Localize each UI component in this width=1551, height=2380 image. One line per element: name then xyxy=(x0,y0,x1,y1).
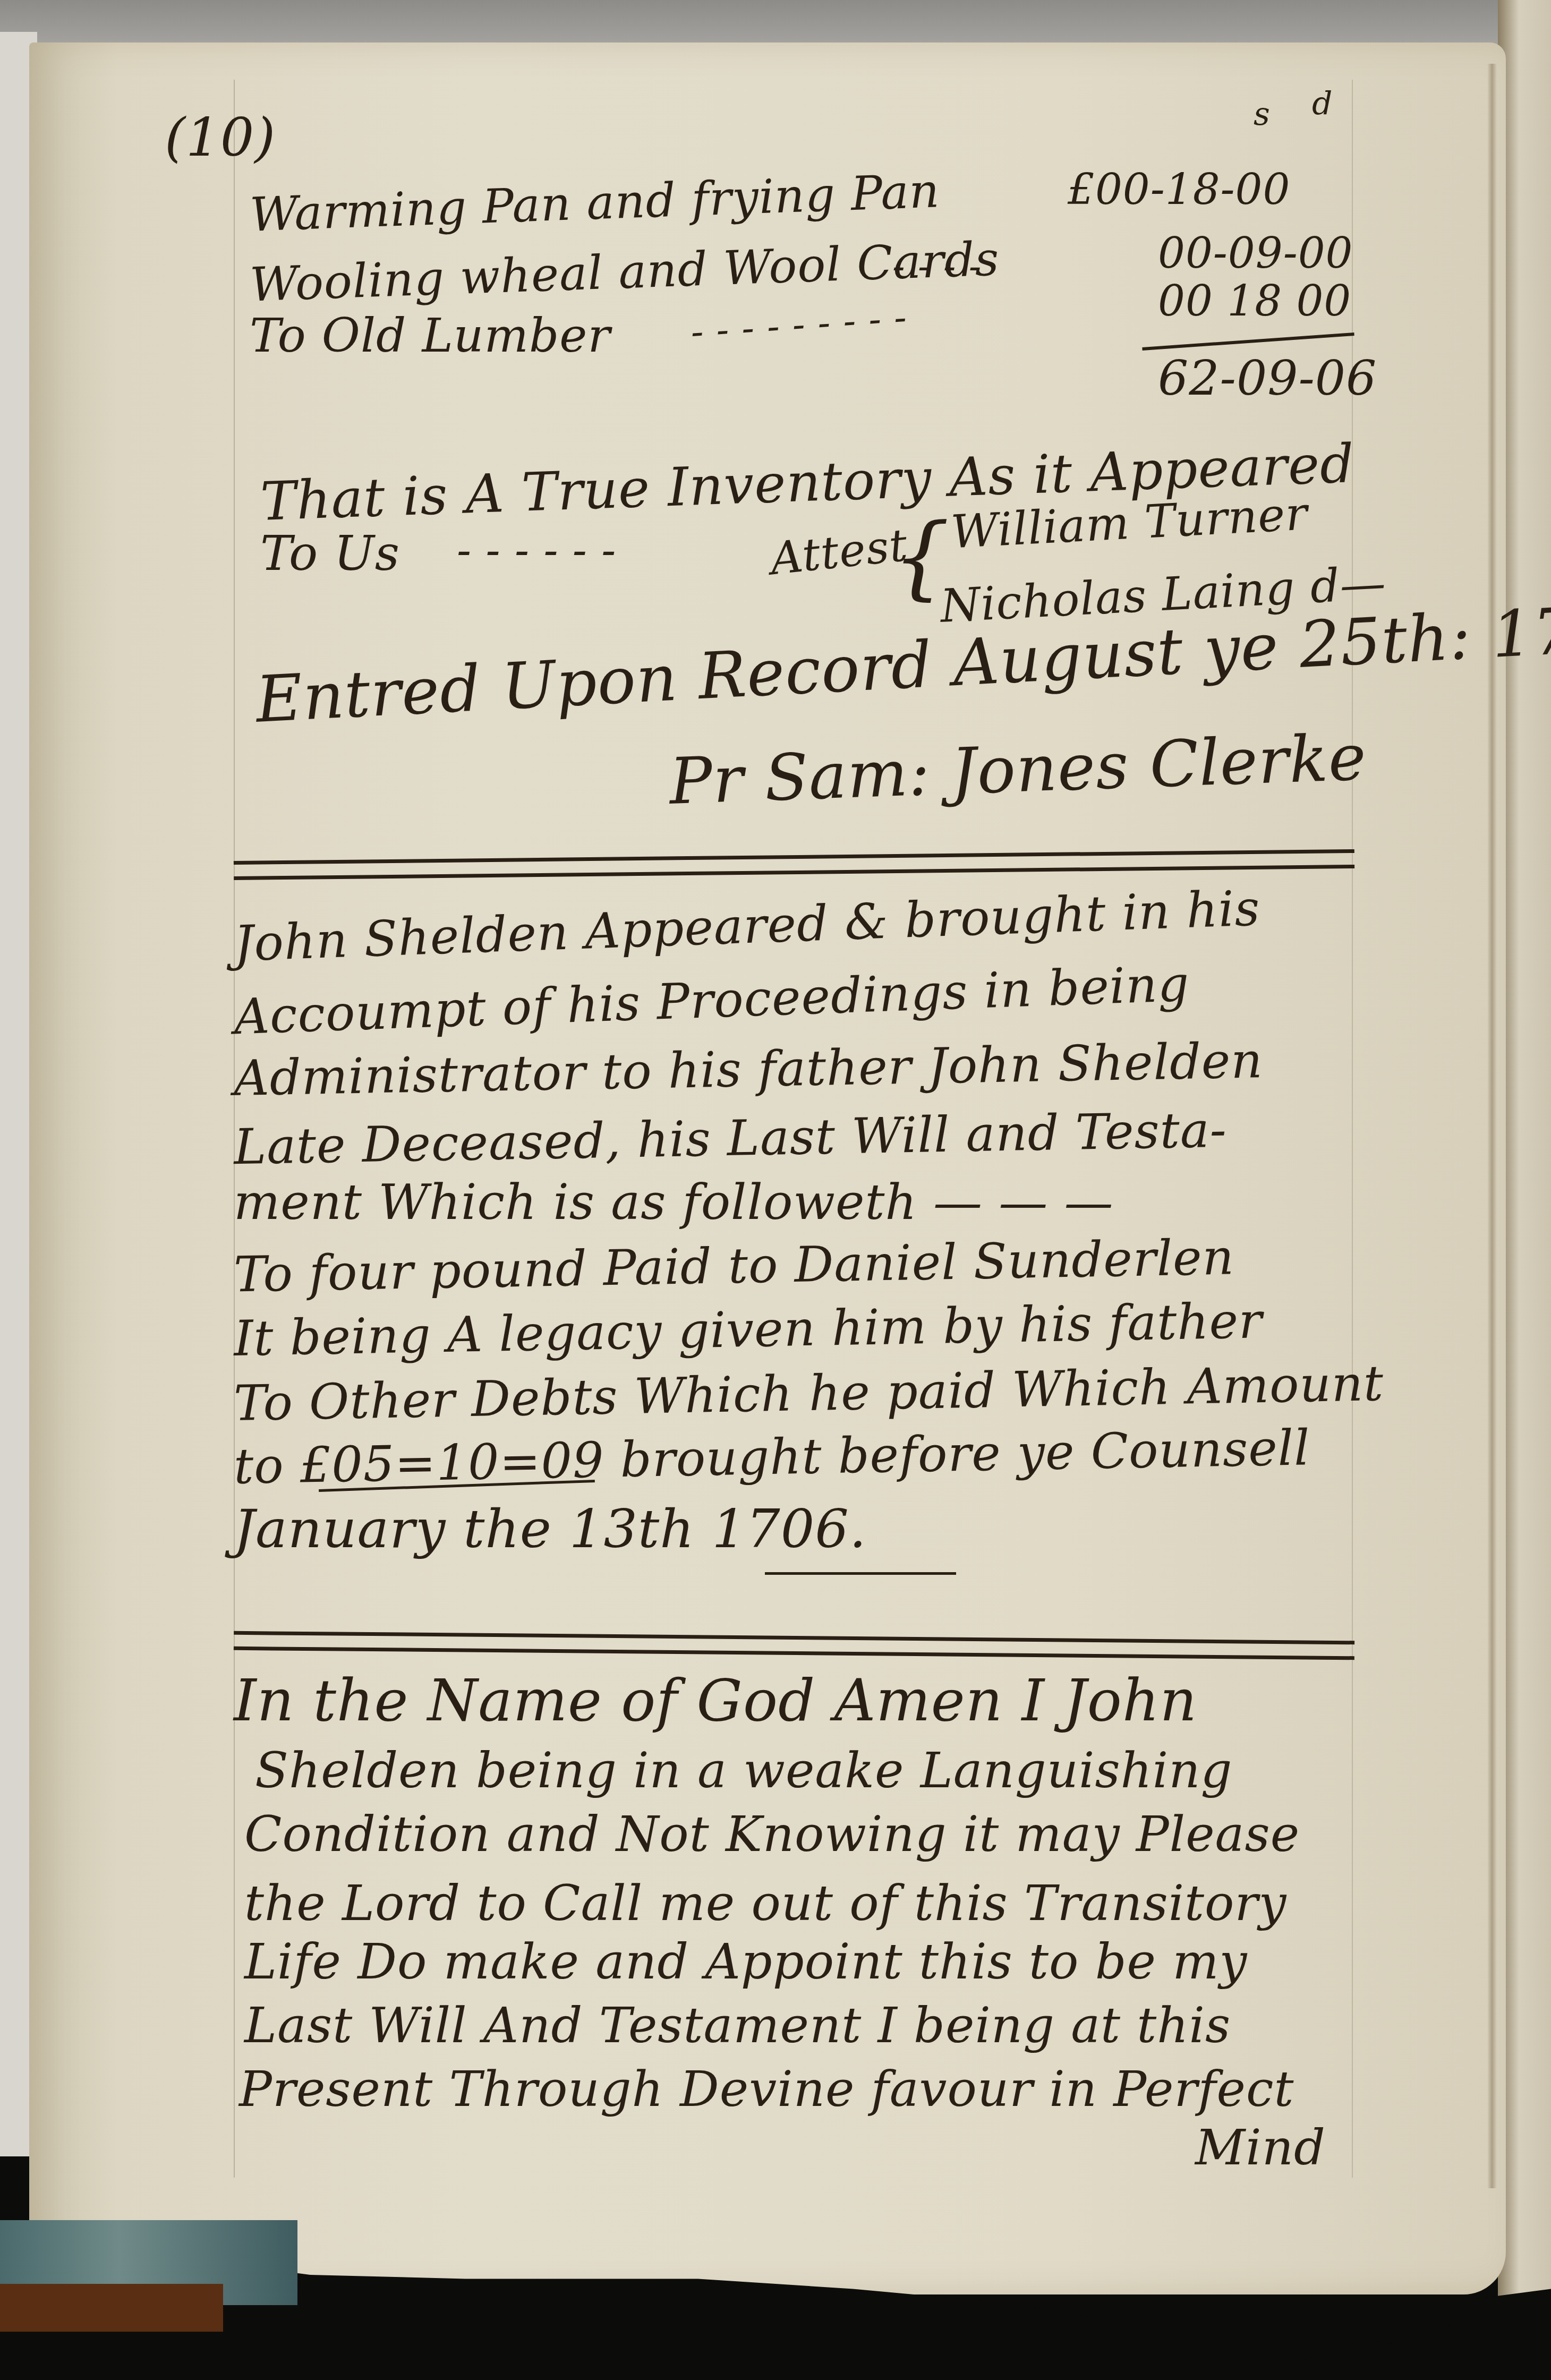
page-fold-shadow xyxy=(1487,64,1497,2188)
will-line: Last Will And Testament I being at this xyxy=(244,1997,1231,2054)
shillings-header: s xyxy=(1254,96,1271,133)
inventory-item-amount: 00-09-00 xyxy=(1158,228,1353,278)
dotted-leader: - - - - - - xyxy=(457,526,616,575)
will-line: Condition and Not Knowing it may Please xyxy=(244,1806,1300,1863)
year-underline xyxy=(765,1572,956,1575)
cloth-background-orange xyxy=(0,2284,223,2332)
attestation-to-us: To Us xyxy=(260,526,400,582)
will-line: Life Do make and Appoint this to be my xyxy=(244,1933,1247,1990)
inventory-total: 62-09-06 xyxy=(1158,351,1377,406)
will-opening-line: In the Name of God Amen I John xyxy=(234,1668,1197,1734)
will-line: Present Through Devine favour in Perfect xyxy=(239,2061,1294,2118)
pence-header: d xyxy=(1312,85,1333,122)
inventory-item-amount: 00 18 00 xyxy=(1158,276,1351,326)
will-line: Shelden being in a weake Languishing xyxy=(255,1742,1232,1799)
page-number: (10) xyxy=(165,106,276,168)
dotted-leader: - - - - xyxy=(892,244,982,288)
account-line: ment Which is as followeth — — — xyxy=(234,1174,1113,1231)
will-line: the Lord to Call me out of this Transito… xyxy=(244,1875,1286,1932)
inventory-item-amount: £00-18-00 xyxy=(1068,165,1290,214)
facing-page-edge xyxy=(1498,0,1551,2380)
account-date-line: January the 13th 1706. xyxy=(234,1498,867,1560)
will-catchword: Mind xyxy=(1195,2119,1326,2176)
inventory-item-description: To Old Lumber xyxy=(250,308,610,363)
